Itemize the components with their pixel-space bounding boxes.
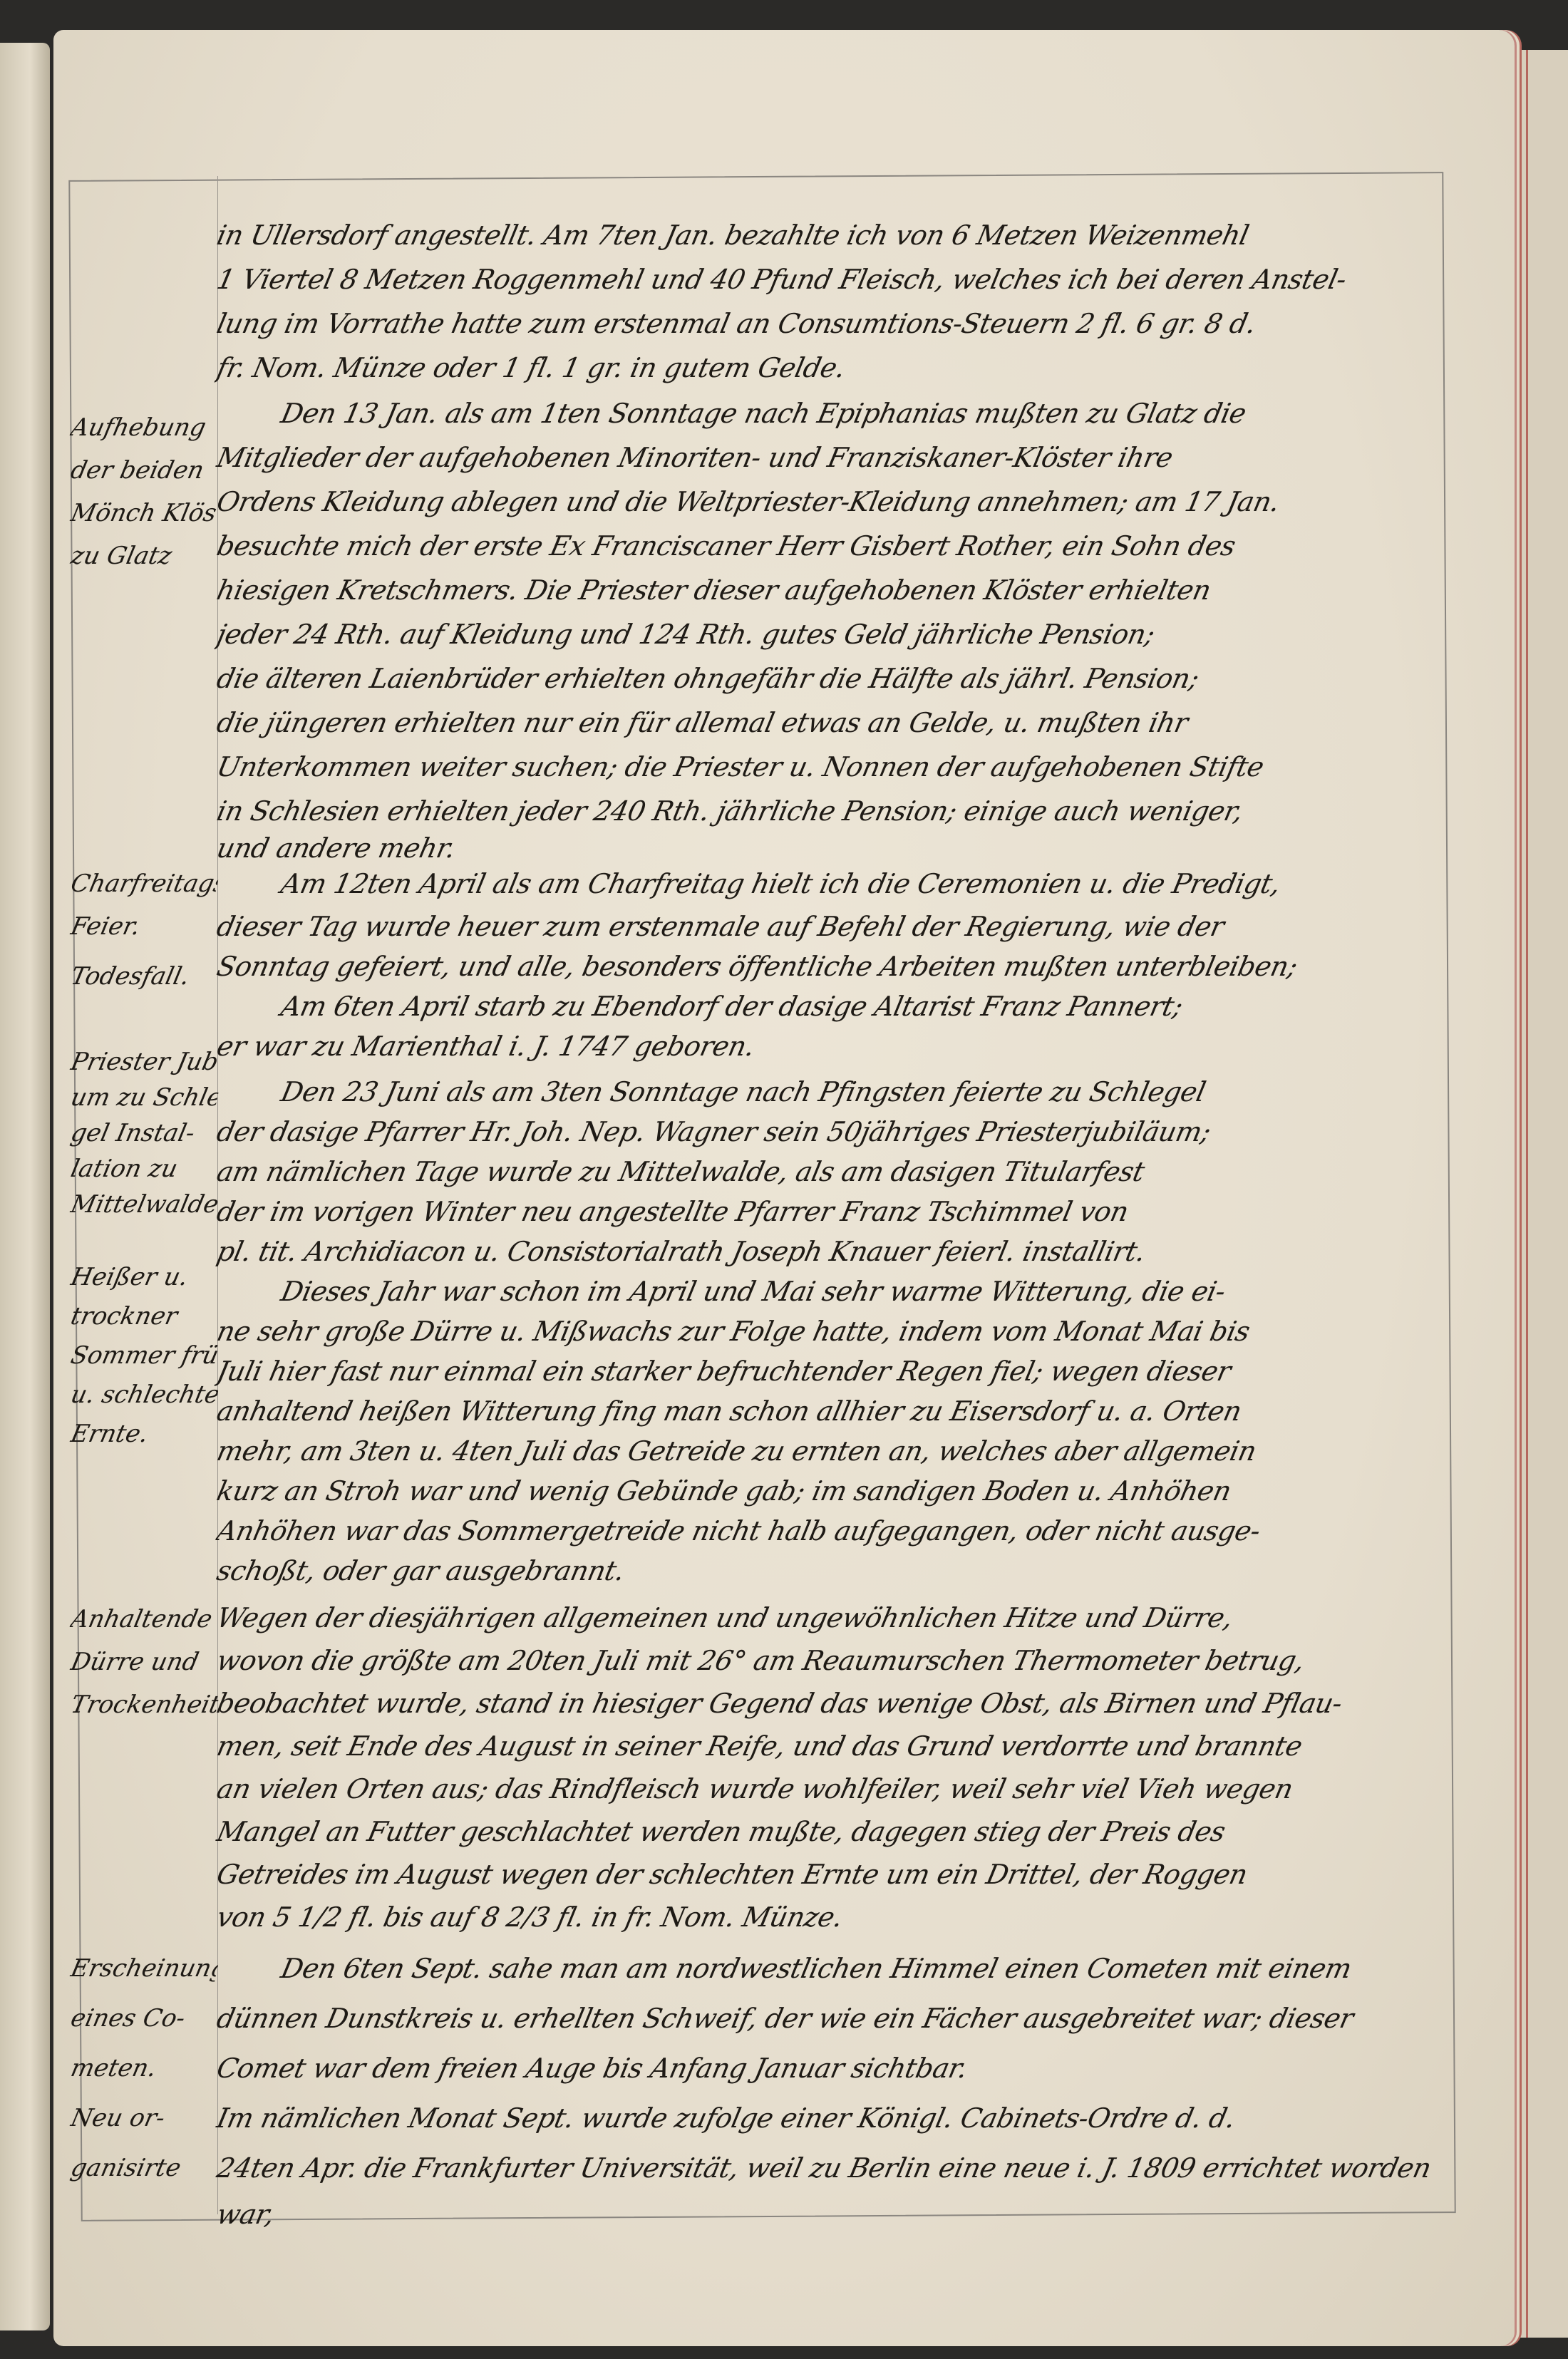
body-line: schoßt, oder gar ausgebrannt. xyxy=(213,1549,1448,1592)
body-line: Dieses Jahr war schon im April und Mai s… xyxy=(213,1270,1512,1313)
body-line: Anhöhen war das Sommergetreide nicht hal… xyxy=(213,1509,1448,1552)
body-line: Mitglieder der aufgehobenen Minoriten- u… xyxy=(213,436,1448,479)
margin-note: Dürre und xyxy=(67,1641,222,1683)
body-line: beobachtet wurde, stand in hiesiger Gege… xyxy=(213,1682,1448,1725)
body-line: am nämlichen Tage wurde zu Mittelwalde, … xyxy=(213,1150,1448,1193)
margin-note: Heißer u. xyxy=(67,1256,222,1299)
margin-note: Charfreitags xyxy=(67,862,222,905)
margin-note: meten. xyxy=(67,2047,222,2090)
body-line: anhaltend heißen Witterung fing man scho… xyxy=(213,1390,1448,1433)
body-line: kurz an Stroh war und wenig Gebünde gab;… xyxy=(213,1470,1448,1512)
body-line: Den 13 Jan. als am 1ten Sonntage nach Ep… xyxy=(213,392,1512,435)
body-line: hiesigen Kretschmers. Die Priester diese… xyxy=(213,569,1448,611)
body-line: dünnen Dunstkreis u. erhellten Schweif, … xyxy=(213,1997,1448,2040)
body-line: fr. Nom. Münze oder 1 fl. 1 gr. in gutem… xyxy=(213,346,1448,389)
margin-note: ganisirte xyxy=(67,2147,222,2189)
body-line: die jüngeren erhielten nur ein für allem… xyxy=(213,701,1448,744)
margin-note: Todesfall. xyxy=(67,955,222,998)
body-line: in Ullersdorf angestellt. Am 7ten Jan. b… xyxy=(213,214,1448,257)
body-line: Den 6ten Sept. sahe man am nordwestliche… xyxy=(213,1947,1512,1990)
body-line: dieser Tag wurde heuer zum erstenmale au… xyxy=(213,905,1448,948)
margin-note: trockner xyxy=(67,1295,222,1338)
body-line: Am 12ten April als am Charfreitag hielt … xyxy=(213,862,1512,905)
body-line: Unterkommen weiter suchen; die Priester … xyxy=(213,745,1448,788)
margin-note: der beiden xyxy=(67,449,222,492)
body-line: war, xyxy=(213,2193,1448,2236)
margin-note: Aufhebung xyxy=(67,406,222,449)
body-line: besuchte mich der erste Ex Franciscaner … xyxy=(213,525,1448,567)
margin-note: Mittelwalde. xyxy=(67,1183,222,1226)
body-line: Den 23 Juni als am 3ten Sonntage nach Pf… xyxy=(213,1070,1512,1113)
body-line: men, seit Ende des August in seiner Reif… xyxy=(213,1725,1448,1767)
margin-note: u. schlechte xyxy=(67,1373,222,1416)
body-line: Mangel an Futter geschlachtet werden muß… xyxy=(213,1810,1448,1853)
body-line: Im nämlichen Monat Sept. wurde zufolge e… xyxy=(213,2097,1448,2139)
margin-note: Neu or- xyxy=(67,2097,222,2139)
margin-note: Ernte. xyxy=(67,1413,222,1455)
body-line: in Schlesien erhielten jeder 240 Rth. jä… xyxy=(213,790,1448,832)
body-line: jeder 24 Rth. auf Kleidung und 124 Rth. … xyxy=(213,613,1448,656)
body-line: die älteren Laienbrüder erhielten ohngef… xyxy=(213,657,1448,700)
body-line: pl. tit. Archidiacon u. Consistorialrath… xyxy=(213,1230,1448,1273)
body-line: Ordens Kleidung ablegen und die Weltprie… xyxy=(213,480,1448,523)
margin-note: Feier. xyxy=(67,905,222,948)
body-line: er war zu Marienthal i. J. 1747 geboren. xyxy=(213,1025,1448,1068)
margin-note: Erscheinung xyxy=(67,1947,222,1990)
body-line: der dasige Pfarrer Hr. Joh. Nep. Wagner … xyxy=(213,1110,1448,1153)
body-line: wovon die größte am 20ten Juli mit 26° a… xyxy=(213,1639,1448,1682)
margin-note: zu Glatz xyxy=(67,535,222,577)
body-line: an vielen Orten aus; das Rindfleisch wur… xyxy=(213,1767,1448,1810)
body-line: Comet war dem freien Auge bis Anfang Jan… xyxy=(213,2047,1448,2090)
margin-note: eines Co- xyxy=(67,1997,222,2040)
manuscript-page: Aufhebung der beiden Mönch Klöster zu Gl… xyxy=(53,30,1515,2346)
body-line: von 5 1/2 fl. bis auf 8 2/3 fl. in fr. N… xyxy=(213,1896,1448,1939)
body-line: 1 Viertel 8 Metzen Roggenmehl und 40 Pfu… xyxy=(213,258,1448,301)
margin-note: Anhaltende xyxy=(67,1598,222,1641)
body-line: ne sehr große Dürre u. Mißwachs zur Folg… xyxy=(213,1310,1448,1353)
margin-note: Trockenheit xyxy=(67,1683,222,1726)
body-line: der im vorigen Winter neu angestellte Pf… xyxy=(213,1190,1448,1233)
body-line: mehr, am 3ten u. 4ten Juli das Getreide … xyxy=(213,1430,1448,1472)
body-line: lung im Vorrathe hatte zum erstenmal an … xyxy=(213,302,1448,345)
body-line: 24ten Apr. die Frankfurter Universität, … xyxy=(213,2147,1448,2189)
left-page-edge xyxy=(0,43,50,2330)
body-line: Getreides im August wegen der schlechten… xyxy=(213,1853,1448,1896)
body-line: Juli hier fast nur einmal ein starker be… xyxy=(213,1350,1448,1393)
body-line: Wegen der diesjährigen allgemeinen und u… xyxy=(213,1596,1448,1639)
margin-note: Sommer früh xyxy=(67,1334,222,1377)
body-line: Am 6ten April starb zu Ebendorf der dasi… xyxy=(213,985,1512,1028)
margin-note: Mönch Klöster xyxy=(67,492,222,535)
body-line: Sonntag gefeiert, und alle, besonders öf… xyxy=(213,945,1448,988)
